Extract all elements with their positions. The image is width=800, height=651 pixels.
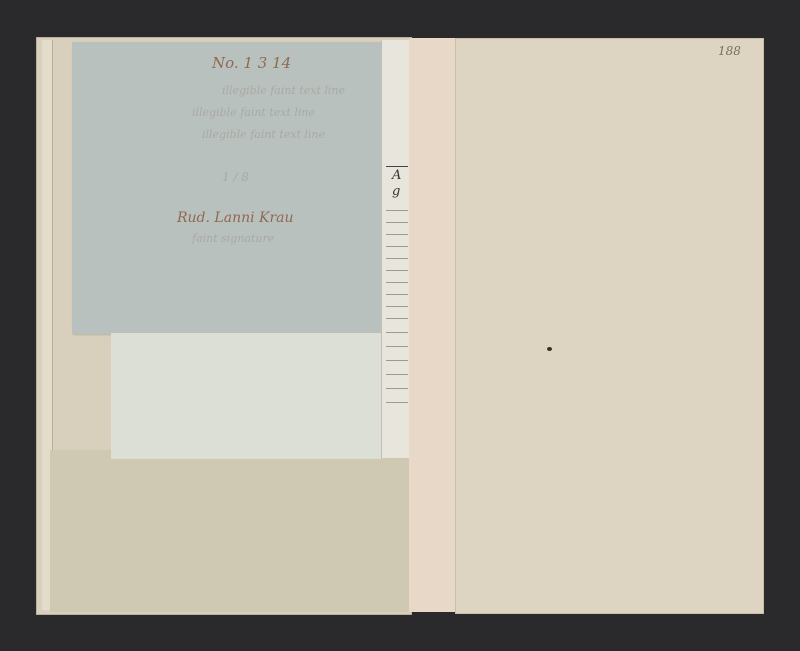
blue-paper-slip: No. 1 3 14 illegible faint text line ill… xyxy=(72,42,384,334)
ink-spot xyxy=(547,347,552,351)
ledger-marks: A g xyxy=(392,168,401,200)
slip-signature-sub: faint signature xyxy=(192,232,274,245)
slip-middle-note: 1 / 8 xyxy=(222,170,249,184)
slip-heading: No. 1 3 14 xyxy=(212,54,291,72)
slip-faint-line-1: illegible faint text line xyxy=(222,84,345,97)
right-page xyxy=(455,38,764,614)
slip-faint-line-3: illegible faint text line xyxy=(202,128,325,141)
white-paper-slip xyxy=(111,333,381,459)
slip-faint-line-2: illegible faint text line xyxy=(192,106,315,119)
slip-signature: Rud. Lanni Krau xyxy=(177,210,294,226)
ledger-strip xyxy=(381,40,410,458)
folio-number: 188 xyxy=(718,44,741,58)
ledger-mark-2: g xyxy=(392,184,401,200)
pink-binding-strip xyxy=(409,38,459,612)
folder-bottom-panel xyxy=(50,450,410,612)
ledger-mark-1: A xyxy=(392,168,401,184)
